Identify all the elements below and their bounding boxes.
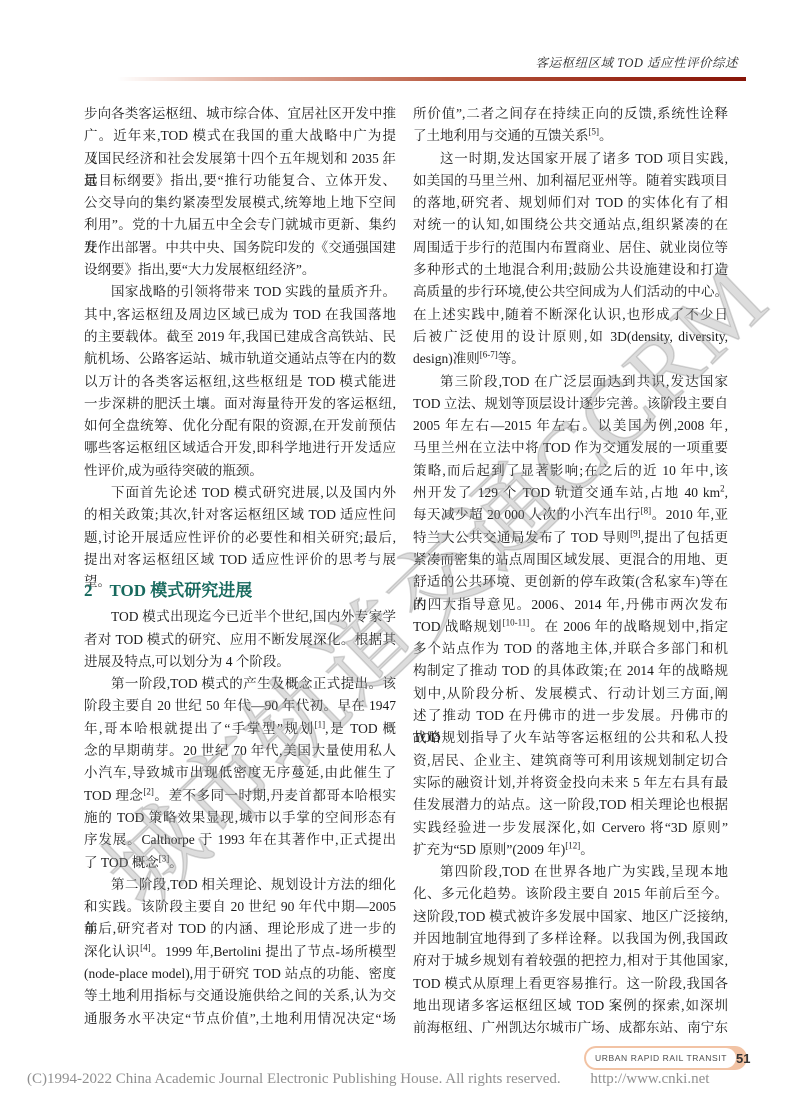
journal-badge: URBAN RAPID RAIL TRANSIT 51 — [584, 1046, 747, 1070]
text-line: 高质量的步行环境,使公共空间成为人们活动的中心。 — [413, 281, 728, 303]
text-line: 性评价,成为亟待突破的瓶颈。 — [84, 460, 396, 482]
text-line: 念的早期萌芽。20 世纪 70 年代,美国大量使用私人 — [84, 740, 396, 762]
text-line: TOD 理念[2]。差不多同一时期,丹麦首都哥本哈根实 — [84, 785, 396, 807]
text-line: TOD 立法、规划等顶层设计逐步完善。该阶段主要自 — [413, 393, 728, 415]
text-line: 划中,从阶段分析、发展模式、行动计划三方面,阐 — [413, 683, 728, 705]
text-line: 在上述实践中,随着不断深化认识,也形成了不少日 — [413, 304, 728, 326]
text-line: 资,居民、企业主、建筑商等可利用该规划制定切合 — [413, 750, 728, 772]
text-line: 以万计的各类客运枢纽,这些枢纽是 TOD 模式能进 — [84, 371, 396, 393]
text-line: 实际的融资计划,并将资金投向未来 5 年左右具有最 — [413, 772, 728, 794]
text-line: 设纲要》指出,要“大力发展枢纽经济”。 — [84, 259, 396, 281]
text-line: 州开发了 129 个 TOD 轨道交通车站,占地 40 km2, — [413, 482, 728, 504]
text-line: 者对 TOD 模式的研究、应用不断发展深化。根据其 — [84, 629, 396, 651]
text-line: 化、多元化趋势。该阶段主要自 2015 年前后至今。这 — [413, 883, 728, 905]
text-line: 前海枢纽、广州凯达尔城市广场、成都东站、南宁东 — [413, 1017, 728, 1039]
text-line: 和实践。该阶段主要自 20 世纪 90 年代中期—2005 年 — [84, 896, 396, 918]
text-line: 对统一的认知,如围绕公共交通站点,组织紧凑的在 — [413, 214, 728, 236]
text-line: 阶段主要自 20 世纪 50 年代—90 年代初。早在 1947 — [84, 695, 396, 717]
text-line: 战略规划指导了火车站等客运枢纽的公共和私人投 — [413, 727, 728, 749]
text-line: 深化认识[4]。1999 年,Bertolini 提出了节点-场所模型 — [84, 941, 396, 963]
copyright-text: (C)1994-2022 China Academic Journal Elec… — [27, 1071, 561, 1087]
text-line: 了 TOD 概念[3]。 — [84, 852, 396, 874]
paper-page: 客运枢纽区域 TOD 适应性评价综述 步向各类客运枢纽、城市综合体、宜居社区开发… — [0, 0, 800, 1116]
text-line: 其中,客运枢纽及周边区域已成为 TOD 在我国落地 — [84, 304, 396, 326]
text-line: 等土地利用指标与交通设施供给之间的关系,认为交 — [84, 985, 396, 1007]
text-line: design)准则[6-7]等。 — [413, 348, 728, 370]
text-line: (node-place model),用于研究 TOD 站点的功能、密度 — [84, 963, 396, 985]
text-line: 舒适的公共环境、更创新的停车政策(含私家车)等在内 — [413, 571, 728, 593]
journal-name-label: URBAN RAPID RAIL TRANSIT — [586, 1048, 736, 1068]
text-line: 第一阶段,TOD 模式的产生及概念正式提出。该 — [84, 673, 396, 695]
text-line: 年,哥本哈根就提出了“手掌型”规划[1],是 TOD 概 — [84, 718, 396, 740]
text-line: 的相关政策;其次,针对客运枢纽区域 TOD 适应性问 — [84, 504, 396, 526]
text-line: 每天减少超 20 000 人次的小汽车出行[8]。2010 年,亚 — [413, 504, 728, 526]
text-line: 景目标纲要》指出,要“推行功能复合、立体开发、 — [84, 170, 396, 192]
section-title: TOD 模式研究进展 — [110, 581, 253, 600]
text-line: 通服务水平决定“节点价值”,土地利用情况决定“场 — [84, 1008, 396, 1030]
text-line: 并因地制宜地得到了多样诠释。以我国为例,我国政 — [413, 928, 728, 950]
text-line: 利用”。党的十九届五中全会专门就城市更新、集约开 — [84, 214, 396, 236]
text-line: 进展及特点,可以划分为 4 个阶段。 — [84, 651, 396, 673]
text-line: 后被广泛使用的设计原则,如 3D(density, diversity, — [413, 326, 728, 348]
text-line: 广。近年来,TOD 模式在我国的重大战略中广为提及。 — [84, 125, 396, 147]
text-line: 佳发展潜力的站点。这一阶段,TOD 相关理论也根据 — [413, 794, 728, 816]
text-line: 实践经验进一步发展深化,如 Cervero 将“3D 原则” — [413, 817, 728, 839]
text-line: TOD 战略规划[10-11]。在 2006 年的战略规划中,指定 — [413, 616, 728, 638]
text-line: 公交导向的集约紧凑型发展模式,统筹地上地下空间 — [84, 192, 396, 214]
text-line: 构制定了推动 TOD 的具体政策;在 2014 年的战略规 — [413, 660, 728, 682]
text-line: 《国民经济和社会发展第十四个五年规划和 2035 年远 — [84, 148, 396, 170]
text-line: 第二阶段,TOD 相关理论、规划设计方法的细化 — [84, 874, 396, 896]
text-line: 策略,而后起到了显著影响;在之后的近 10 年中,该 — [413, 460, 728, 482]
text-line: 题,讨论开展适应性评价的必要性和相关研究;最后, — [84, 527, 396, 549]
text-line: 这一时期,发达国家开展了诸多 TOD 项目实践, — [413, 148, 728, 170]
text-line: 的四大指导意见。2006、2014 年,丹佛市两次发布 — [413, 594, 728, 616]
text-line: 提出对客运枢纽区域 TOD 适应性评价的思考与展望。 — [84, 549, 396, 571]
text-line: 的主要载体。截至 2019 年,我国已建成含高铁站、民 — [84, 326, 396, 348]
text-line: 序发展。Calthorpe 于 1993 年在其著作中,正式提出 — [84, 829, 396, 851]
text-line: 如何全盘统筹、优化分配有限的资源,在开发前预估 — [84, 415, 396, 437]
text-line: TOD 模式出现迄今已近半个世纪,国内外专家学 — [84, 606, 396, 628]
text-line: 扩充为“5D 原则”(2009 年)[12]。 — [413, 839, 728, 861]
text-line: 哪些客运枢纽区域适合开发,即科学地进行开发适应 — [84, 437, 396, 459]
text-line: 第三阶段,TOD 在广泛层面达到共识,发达国家 — [413, 371, 728, 393]
text-line: 航机场、公路客运站、城市轨道交通站点等在内的数 — [84, 348, 396, 370]
text-line: TOD 模式从原理上看更容易推行。这一阶段,我国各 — [413, 973, 728, 995]
left-column: 步向各类客运枢纽、城市综合体、宜居社区开发中推广。近年来,TOD 模式在我国的重… — [84, 103, 396, 1030]
text-line: 一阶段,TOD 模式被许多发展中国家、地区广泛接纳, — [413, 906, 728, 928]
text-line: 前后,研究者对 TOD 的内涵、理论形成了进一步的 — [84, 918, 396, 940]
text-line: 下面首先论述 TOD 模式研究进展,以及国内外 — [84, 482, 396, 504]
text-line: 一步深耕的肥沃土壤。面对海量待开发的客运枢纽, — [84, 393, 396, 415]
section-number: 2 — [84, 581, 93, 600]
text-line: 的落地,研究者、规划师们对 TOD 的实体化有了相 — [413, 192, 728, 214]
text-line: 步向各类客运枢纽、城市综合体、宜居社区开发中推 — [84, 103, 396, 125]
section-heading: 2TOD 模式研究进展 — [84, 580, 396, 601]
text-line: 小汽车,导致城市出现低密度无序蔓延,由此催生了 — [84, 762, 396, 784]
text-line: 所价值”,二者之间存在持续正向的反馈,系统性诠释 — [413, 103, 728, 125]
cnki-url: http://www.cnki.net — [590, 1071, 709, 1087]
text-line: 紧凑而密集的站点周围区域发展、更混合的用地、更 — [413, 549, 728, 571]
text-line: 地出现诸多客运枢纽区域 TOD 案例的探索,如深圳 — [413, 995, 728, 1017]
right-column: 所价值”,二者之间存在持续正向的反馈,系统性诠释了土地利用与交通的互馈关系[5]… — [413, 103, 728, 1039]
text-line: 如美国的马里兰州、加利福尼亚州等。随着实践项目 — [413, 170, 728, 192]
text-line: 了土地利用与交通的互馈关系[5]。 — [413, 125, 728, 147]
text-line: 多个站点作为 TOD 的落地主体,并联合多部门和机 — [413, 638, 728, 660]
text-line: 国家战略的引领将带来 TOD 实践的量质齐升。 — [84, 281, 396, 303]
text-line: 府对于城乡规划有着较强的把控力,相对于其他国家, — [413, 950, 728, 972]
text-line: 多种形式的土地混合利用;鼓励公共设施建设和打造 — [413, 259, 728, 281]
text-line: 发作出部署。中共中央、国务院印发的《交通强国建 — [84, 237, 396, 259]
copyright-row: (C)1994-2022 China Academic Journal Elec… — [27, 1071, 787, 1088]
text-line: 第四阶段,TOD 在世界各地广为实践,呈现本地 — [413, 861, 728, 883]
page-number: 51 — [736, 1051, 750, 1066]
text-line: 特兰大公共交通局发布了 TOD 导则[9],提出了包括更 — [413, 527, 728, 549]
text-line: 周围适于步行的范围内布置商业、居住、就业岗位等 — [413, 237, 728, 259]
text-line: 2005 年左右—2015 年左右。以美国为例,2008 年, — [413, 415, 728, 437]
running-head-title: 客运枢纽区域 TOD 适应性评价综述 — [84, 53, 738, 71]
text-line: 述了推动 TOD 在丹佛市的进一步发展。丹佛市的TOD — [413, 705, 728, 727]
header-rule — [84, 77, 746, 81]
text-line: 施的 TOD 策略效果显现,城市以手掌的空间形态有 — [84, 807, 396, 829]
text-line: 马里兰州在立法中将 TOD 作为交通发展的一项重要 — [413, 437, 728, 459]
